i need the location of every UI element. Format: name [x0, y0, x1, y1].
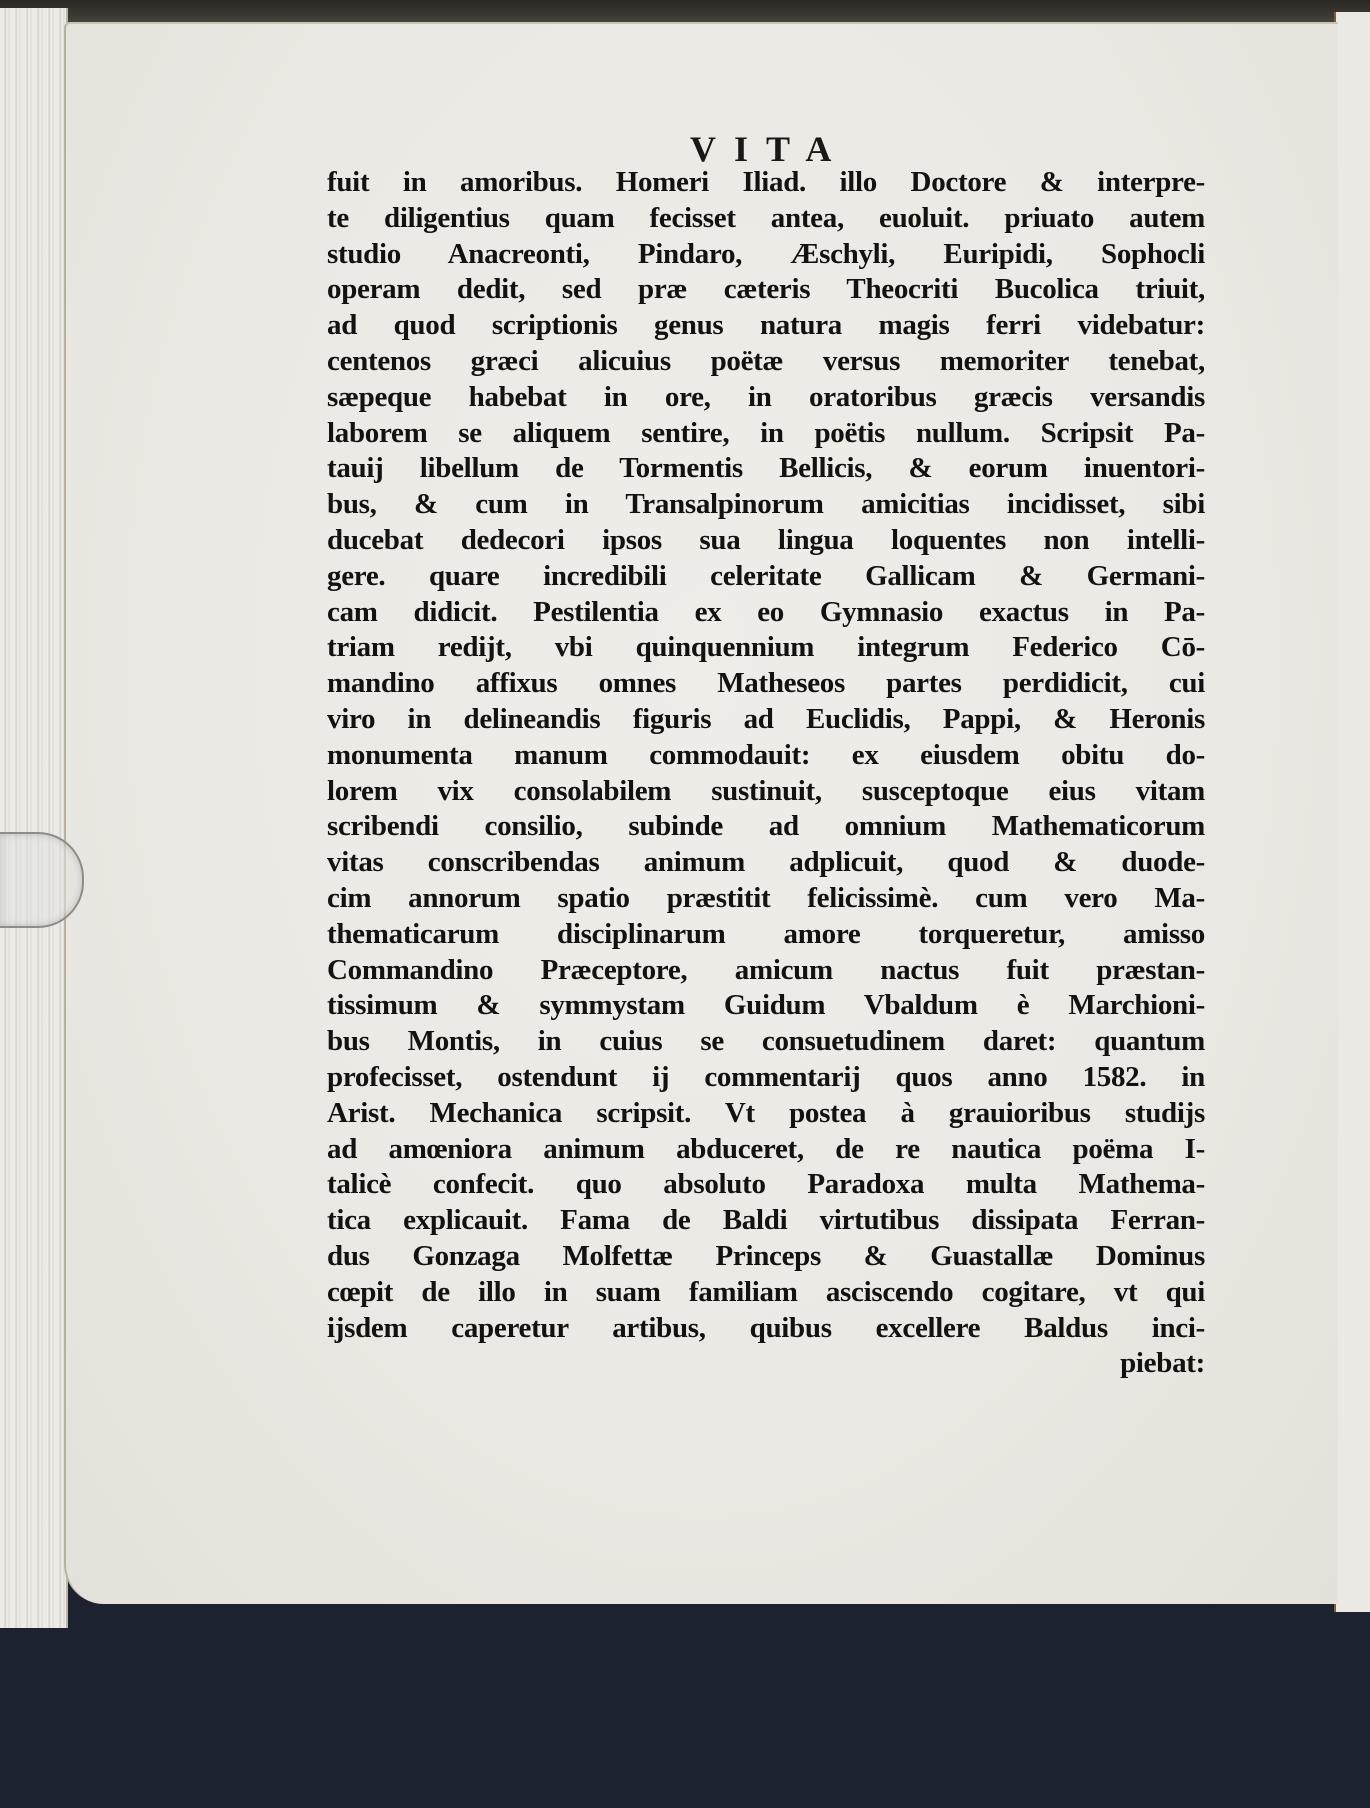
catchword-line: piebat:	[327, 1346, 1205, 1382]
text-line: mandino affixus omnes Matheseos partes p…	[327, 666, 1205, 702]
running-head: VITA	[690, 128, 849, 170]
text-line: ducebat dedecori ipsos sua lingua loquen…	[327, 523, 1205, 559]
text-line: sæpeque habebat in ore, in oratoribus gr…	[327, 380, 1205, 416]
text-line: monumenta manum commodauit: ex eiusdem o…	[327, 738, 1205, 774]
text-line: studio Anacreonti, Pindaro, Æschyli, Eur…	[327, 237, 1205, 273]
text-line: bus Montis, in cuius se consuetudinem da…	[327, 1024, 1205, 1060]
text-line: te diligentius quam fecisset antea, euol…	[327, 201, 1205, 237]
text-line: dus Gonzaga Molfettæ Princeps & Guastall…	[327, 1239, 1205, 1275]
text-line: cœpit de illo in suam familiam asciscend…	[327, 1275, 1205, 1311]
text-line: tissimum & symmystam Guidum Vbaldum è Ma…	[327, 988, 1205, 1024]
text-line: vitas conscribendas animum adplicuit, qu…	[327, 845, 1205, 881]
text-line: viro in delineandis figuris ad Euclidis,…	[327, 702, 1205, 738]
text-line: talicè confecit. quo absoluto Paradoxa m…	[327, 1167, 1205, 1203]
text-line: Commandino Præceptore, amicum nactus fui…	[327, 953, 1205, 989]
text-line: operam dedit, sed præ cæteris Theocriti …	[327, 272, 1205, 308]
text-line: profecisset, ostendunt ij commentarij qu…	[327, 1060, 1205, 1096]
page-clip	[0, 832, 84, 928]
text-line: ad amœniora animum abduceret, de re naut…	[327, 1132, 1205, 1168]
text-line: centenos græci alicuius poëtæ versus mem…	[327, 344, 1205, 380]
text-line: lorem vix consolabilem sustinuit, suscep…	[327, 774, 1205, 810]
text-line: laborem se aliquem sentire, in poëtis nu…	[327, 416, 1205, 452]
text-line: cam didicit. Pestilentia ex eo Gymnasio …	[327, 595, 1205, 631]
text-line: ijsdem caperetur artibus, quibus excelle…	[327, 1311, 1205, 1347]
page-edges-left	[0, 8, 68, 1628]
text-line: gere. quare incredibili celeritate Galli…	[327, 559, 1205, 595]
body-text: fuit in amoribus. Homeri Iliad. illo Doc…	[327, 165, 1205, 1382]
text-line: tica explicauit. Fama de Baldi virtutibu…	[327, 1203, 1205, 1239]
facing-page-edge	[1334, 12, 1370, 1612]
text-line: triam redijt, vbi quinquennium integrum …	[327, 630, 1205, 666]
text-line: fuit in amoribus. Homeri Iliad. illo Doc…	[327, 165, 1205, 201]
text-line: bus, & cum in Transalpinorum amicitias i…	[327, 487, 1205, 523]
text-line: cim annorum spatio præstitit felicissimè…	[327, 881, 1205, 917]
text-line: scribendi consilio, subinde ad omnium Ma…	[327, 809, 1205, 845]
text-line: thematicarum disciplinarum amore torquer…	[327, 917, 1205, 953]
text-line: Arist. Mechanica scripsit. Vt postea à g…	[327, 1096, 1205, 1132]
text-line: ad quod scriptionis genus natura magis f…	[327, 308, 1205, 344]
text-line: tauij libellum de Tormentis Bellicis, & …	[327, 451, 1205, 487]
